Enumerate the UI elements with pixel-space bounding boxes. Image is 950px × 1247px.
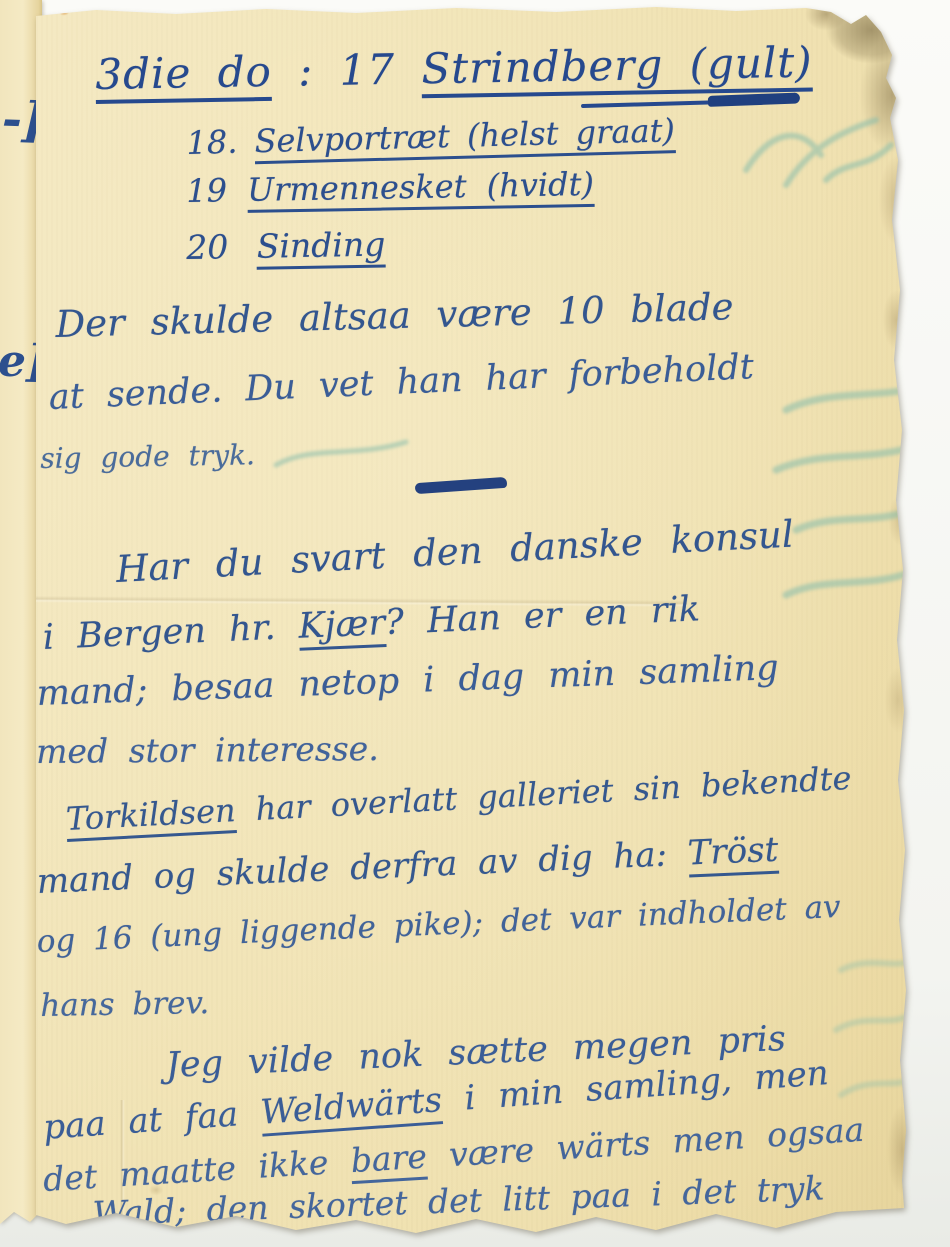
underlined-text: Sinding [256,225,385,270]
handwritten-line-7: Har du svart den danske konsul [115,512,795,590]
underlined-text: Selvportræt (helst graat) [254,111,675,164]
text: at sende. Du vet han har forbeholdt [48,347,755,418]
handwritten-line-9: mand; besaa netop i dag min samling [36,648,779,714]
handwritten-line-4: Der skulde altsaa være 10 blade [55,285,734,346]
underlined-text: Tröst [687,830,779,878]
handwritten-line-13: og 16 (ung liggende pike); det var indho… [36,889,841,960]
handwritten-line-5: at sende. Du vet han har forbeholdt [48,347,755,418]
handwritten-line-8: i Bergen hr. Kjær? Han er en rik [42,589,701,658]
text: sig gode tryk. [40,438,255,475]
text: i Bergen hr. [42,607,299,658]
underlined-text: bare [350,1137,429,1185]
text: mand og skulde derfra av dig ha: [36,834,689,902]
underlined-text: 3die do [95,47,272,104]
text: 18. [186,122,255,162]
text: : 17 [271,44,421,96]
underlined-text: Urmennesket (hvidt) [247,165,594,213]
handwritten-line-10: med stor interesse. [36,729,379,771]
letter-body: 3die do : 17 Strindberg (gult)18. Selvpo… [36,0,916,1240]
handwritten-line-14: hans brev. [40,985,209,1024]
letter-sheet: 3die do : 17 Strindberg (gult)18. Selvpo… [36,0,916,1240]
underlined-text: Torkildsen [65,791,237,842]
text: ? Han er en rik [384,589,700,643]
text: mand; besaa netop i dag min samling [36,648,779,714]
text: har overlatt galleriet sin bekendte [235,759,853,829]
text: og 16 (ung liggende pike); det var indho… [36,889,841,960]
text: hans brev. [40,985,209,1024]
underlined-text: Strindberg (gult) [421,37,813,98]
text: 20 [186,227,257,267]
handwritten-line-1: 18. Selvportræt (helst graat) [186,111,675,162]
text: 19 [186,171,248,210]
text: med stor interesse. [36,729,379,771]
handwritten-line-12: mand og skulde derfra av dig ha: Tröst [36,830,779,902]
letter-paper: 3die do : 17 Strindberg (gult)18. Selvpo… [36,0,916,1240]
text: Der skulde altsaa være 10 blade [55,285,734,346]
text: være wärts men ogsaa [426,1110,866,1176]
underlined-text: Weldwärts [259,1080,443,1137]
handwritten-line-2: 19 Urmennesket (hvidt) [186,165,594,210]
underlined-text: Kjær [298,603,386,651]
text: paa at faa [42,1093,262,1148]
handwritten-line-3: 20 Sinding [186,225,386,267]
underlined-text: Wald [92,1191,176,1237]
handwritten-line-11: Torkildsen har overlatt galleriet sin be… [65,759,852,838]
scanned-letter-page: -] e] 3die do : 17 Strindberg (gult)18 [0,0,950,1247]
text: Har du svart den danske konsul [115,512,795,590]
handwritten-line-6: sig gode tryk. [40,438,255,475]
handwritten-line-0: 3die do : 17 Strindberg (gult) [95,37,813,99]
